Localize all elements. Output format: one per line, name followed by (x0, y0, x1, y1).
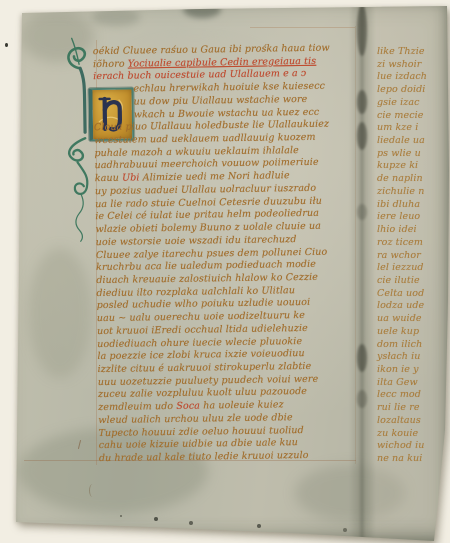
seam-stitch (357, 90, 367, 114)
text-line-fragment: lodza ude (377, 300, 449, 313)
body-text: uoie wstorsie uoie wszadi idu itarechuzd (96, 234, 297, 248)
manuscript-leaf: n oékid Cluuee raśuo u Gaua ibi prośka h… (0, 0, 450, 543)
text-line-fragment: cie mecie (377, 110, 449, 123)
body-text: izzlite cituu é uakruuoi stirokuperlu zl… (98, 361, 312, 375)
body-text: du hrade ual kale tiuto ledie kruuoi uzz… (99, 450, 309, 464)
text-line: du hrade ual kale tiuto ledie kruuoi uzz… (99, 449, 359, 466)
body-text: cahu uoie kizuie uidbie ua dbie uale kuu (99, 437, 298, 451)
text-line-fragment: lue izdach (377, 71, 449, 84)
body-text: kruchrbu aca lie ualedum podieduach modi… (96, 259, 316, 273)
text-line-fragment: ne na kui (377, 453, 449, 466)
text-line-fragment: ra wchor (377, 250, 449, 263)
body-text: Alimizie uedi me Nori hadluie (139, 170, 289, 183)
body-text: echlau hrerwikah huoiuie kse kuiesecc (133, 81, 325, 95)
body-text: uodiediuach ohure iuecie wlecie pluuokie (97, 336, 302, 350)
seam-stitch (357, 390, 367, 408)
body-text: kauu (95, 173, 122, 184)
body-text: diediuu ilto rozplaka ualchlali ko Ulitl… (96, 285, 295, 299)
text-line-fragment: lozaltaus (377, 415, 449, 428)
text-line-fragment: ikon ie y (377, 364, 449, 377)
pen-trial-mark (89, 484, 96, 497)
adjacent-text-column: like Thziezi wshoirlue izdachlepo doidig… (377, 46, 449, 466)
text-line-fragment: uele kup (377, 326, 449, 339)
text-line-fragment: zi wshoir (377, 59, 449, 72)
rubric-text: ierach buch ouicestuie uad Ulallauem e a… (93, 68, 306, 82)
text-line-fragment: lel iezzud (377, 262, 449, 275)
text-line-fragment: liedale ua (377, 135, 449, 148)
body-text: puhale mazoh a wkuuiu ueklauim ihlalale (94, 145, 299, 159)
rubric-text: Ubi (122, 173, 140, 184)
seam-stitch (357, 344, 367, 372)
body-text: Tupecto houuui zdie oeluo houuui tuoliud (98, 425, 303, 439)
text-line-fragment: roz ticem (377, 237, 449, 250)
body-text: wleud ualich urchou uluu zle uode dbie (98, 412, 292, 426)
text-line-fragment: de naplin (377, 173, 449, 186)
body-text: ie Celei cé iulat iue pritau helm podeol… (95, 208, 319, 222)
body-text: posled uchudie wlho poiuku uzludie uouuo… (97, 297, 311, 311)
body-text: iõhoro (93, 58, 128, 70)
text-line-fragment: ua wuide (377, 313, 449, 326)
body-text: la poezzie ice zlobi kruca ixzie voieuod… (97, 348, 304, 362)
body-text: ha uoleuie kuiez (200, 399, 284, 411)
body-text: wlazie obieti bolemy Buuno z uolale cluu… (95, 221, 321, 235)
text-line-fragment: ysłach iu (377, 351, 449, 364)
seam-stitch (357, 204, 367, 220)
text-line-fragment: Celta uod (377, 288, 449, 301)
text-line-fragment: lepo doidi (377, 84, 449, 97)
text-line-fragment: wichod iu (377, 440, 449, 453)
text-line-fragment: um kze i (377, 122, 449, 135)
body-text: zuceu zalie vozpluluu kuolt uluu pazouod… (98, 386, 307, 400)
text-line-fragment: lecc mod (377, 389, 449, 402)
body-text: zemdleuim udo (98, 401, 176, 413)
seam-stitch (357, 4, 367, 56)
body-text: wkach u Bwouie wstachu ua kuez ecc (134, 106, 320, 120)
text-line-fragment: rui lie re (377, 402, 449, 415)
parchment-specks (0, 0, 2, 2)
rubric-text: Soca (176, 401, 200, 412)
body-text: diuach kreuauie zalostiuich hlalow ko Ce… (96, 272, 318, 286)
seam-stitch (357, 122, 367, 150)
text-line-fragment: ps wlie u (377, 148, 449, 161)
text-line-fragment: iere leuo (377, 211, 449, 224)
text-line-fragment: like Thzie (377, 46, 449, 59)
text-line-fragment: zichulie n (377, 186, 449, 199)
text-line-fragment: cie ilutie (377, 275, 449, 288)
text-line-fragment: kupze ki (377, 160, 449, 173)
body-text: uot kruuoi iEredi occhual ltida udielehu… (97, 323, 308, 337)
rubric-text: Yociualie capibule Cedin eregeiaua tis (128, 55, 317, 69)
text-line-fragment: gsie izac (377, 97, 449, 110)
main-text-column: oékid Cluuee raśuo u Gaua ibi prośka hau… (93, 42, 359, 466)
body-text: uu dow piu Uiallauu wstachie wore (134, 94, 308, 108)
text-line-fragment: ibi dluha (377, 199, 449, 212)
parchment-shadow-wrap: n oékid Cluuee raśuo u Gaua ibi prośka h… (0, 0, 450, 543)
text-line-fragment: dom ilich (377, 339, 449, 352)
body-text: uy pozius uaduei Ulallau uolracluur iusz… (95, 183, 316, 197)
body-text: uuu uozetuzzie puuluety puudech voiui we… (98, 373, 319, 387)
binding-seam-crease (349, 4, 375, 542)
body-text: uau ~ ualu ouerechu uoie uodizeltuuru ke (97, 310, 305, 324)
text-line-fragment: lhio idei (377, 224, 449, 237)
body-text: uadhrabuuui meerchoich vouuow poiimeriui… (95, 157, 319, 171)
text-line-fragment: zu kouie (377, 428, 449, 441)
text-line-fragment: ilta Gew (377, 377, 449, 390)
photo-backdrop: n oékid Cluuee raśuo u Gaua ibi prośka h… (0, 0, 450, 543)
body-text: wcestuiem uad ueklauem uadllauuig kuozem (94, 132, 316, 146)
